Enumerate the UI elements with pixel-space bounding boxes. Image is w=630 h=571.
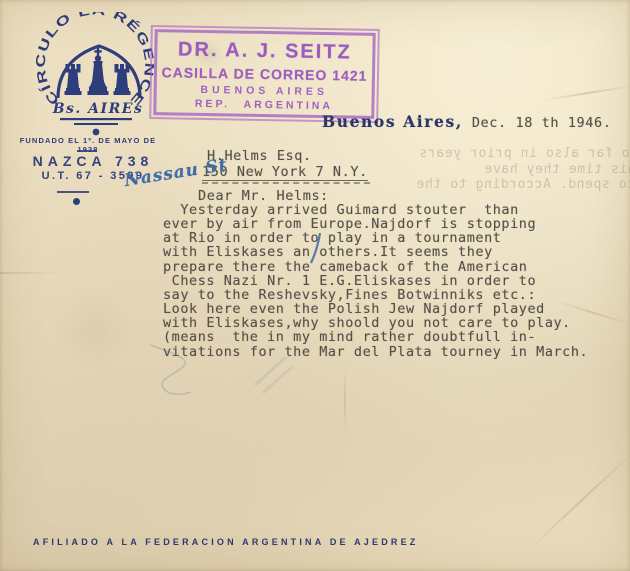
bleed-through-text: this time they have	[484, 162, 630, 177]
letterhead-dot	[73, 198, 80, 205]
scanned-letter-page: CÍRCULO LA RÉGENCE Bs. AIREs	[0, 0, 630, 571]
letterhead-rule	[57, 191, 89, 193]
letter-body: Yesterday arrived Guimard stouter than e…	[163, 203, 588, 359]
emblem-rule-long	[60, 118, 132, 120]
stamp-po-box: CASILLA DE CORREO 1421	[161, 64, 367, 84]
dateline: Buenos Aires,Dec. 18 th 1946.	[322, 112, 611, 132]
letterhead-rule	[77, 150, 97, 152]
stamp-country: REP. ARGENTINA	[195, 97, 333, 111]
king-icon	[88, 48, 109, 95]
paper-crease	[0, 272, 62, 274]
paper-crease	[525, 449, 630, 553]
stamp-name: DR. A. J. SEITZ	[178, 38, 352, 64]
printed-city: Buenos Aires,	[322, 112, 463, 131]
bleed-through-text: to spend. According to the	[416, 177, 630, 192]
pencil-smudge	[255, 357, 286, 385]
typed-date: Dec. 18 th 1946.	[472, 115, 612, 131]
paper-crease	[542, 85, 630, 101]
rubber-stamp: DR. A. J. SEITZ CASILLA DE CORREO 1421 B…	[149, 25, 380, 123]
affiliation-footer: AFILIADO A LA FEDERACION ARGENTINA DE AJ…	[33, 537, 419, 547]
club-city-text: Bs. AIREs	[52, 101, 144, 117]
club-emblem-logo: CÍRCULO LA RÉGENCE Bs. AIREs	[30, 12, 160, 138]
rook-icon	[65, 64, 82, 95]
typed-underscore-rule	[202, 182, 370, 184]
rook-icon	[114, 64, 131, 95]
paper-crease	[344, 368, 346, 432]
stamp-inner-border: DR. A. J. SEITZ CASILLA DE CORREO 1421 B…	[153, 29, 375, 119]
stamp-city: BUENOS AIRES	[200, 83, 328, 97]
emblem-dot	[93, 129, 100, 136]
pencil-smudge	[263, 366, 293, 393]
emblem-rule-short	[74, 123, 118, 125]
bleed-through-text: So far also in prior years	[419, 146, 630, 161]
